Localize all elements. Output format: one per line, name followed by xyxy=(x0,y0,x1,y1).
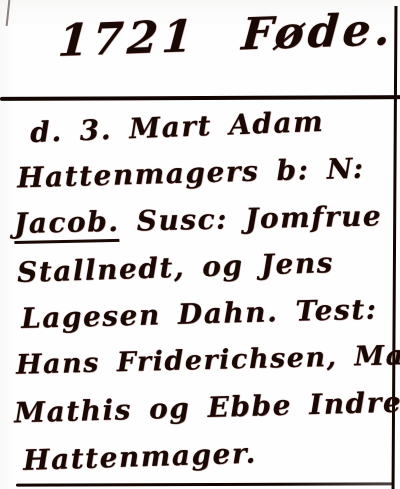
record-line-sponsors-label: Susc: Jomfrue xyxy=(119,199,382,237)
parish-register-scan: 1721 Føde. d. 3. Mart Adam Hattenmagers … xyxy=(0,0,400,489)
entry-year-heading: 1721 Føde. xyxy=(56,4,395,67)
child-name-underlined: Jacob. xyxy=(14,205,120,244)
horizontal-rule-bottom xyxy=(16,482,394,486)
baptism-record-text: d. 3. Mart Adam Hattenmagers b: N: Jacob… xyxy=(0,102,400,478)
page-edge-mark xyxy=(6,0,11,26)
